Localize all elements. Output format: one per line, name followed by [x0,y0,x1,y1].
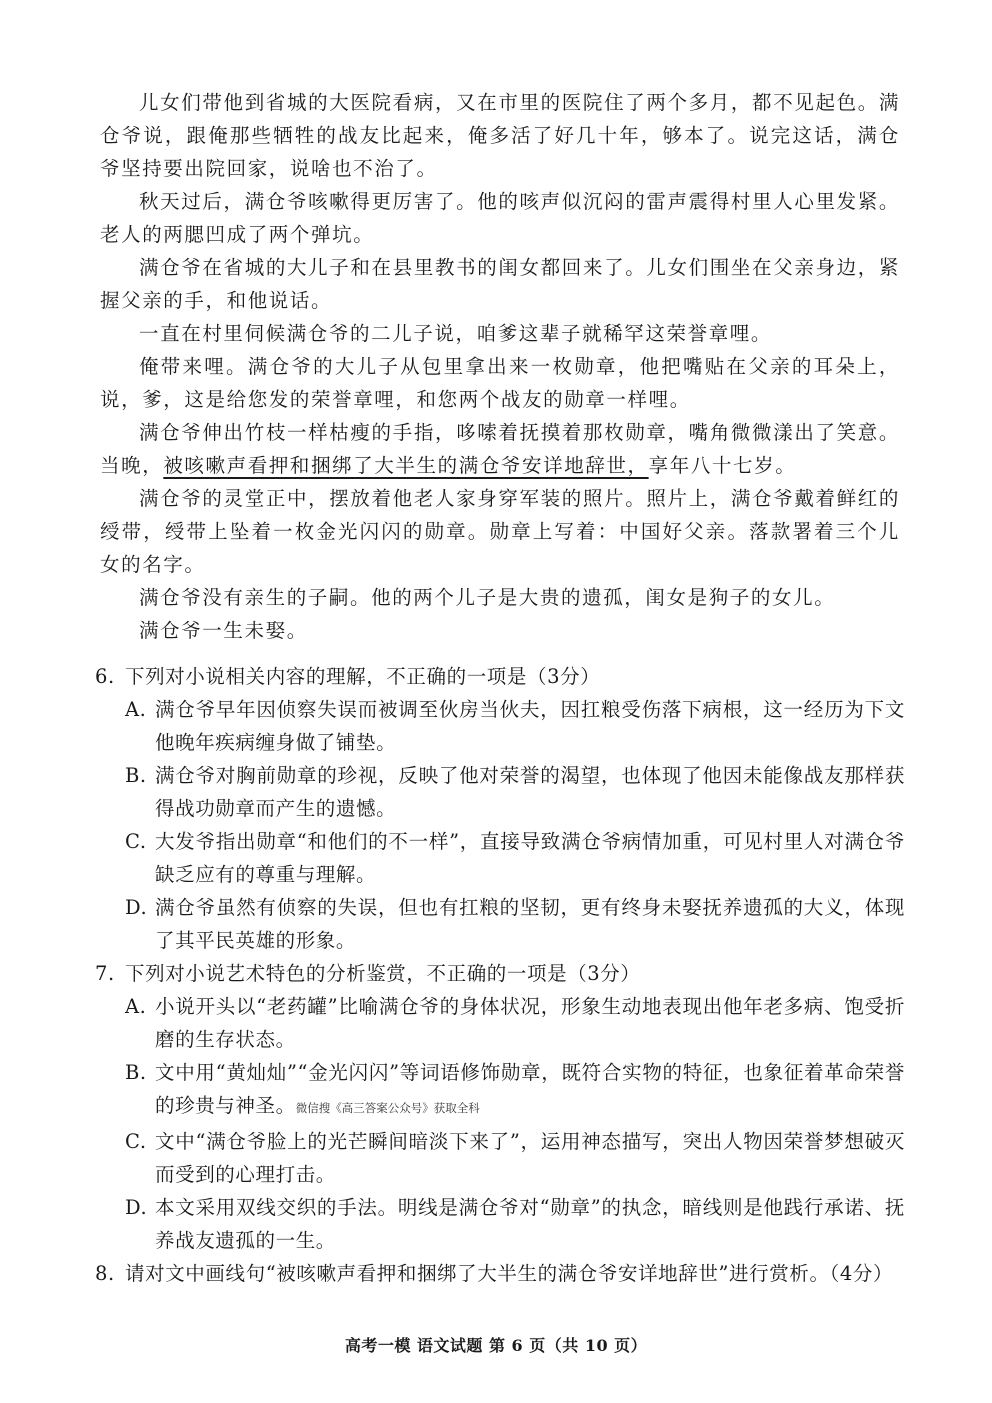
question-text: 下列对小说相关内容的理解，不正确的一项是（3分） [125,660,905,693]
option-letter: D. [125,891,155,957]
question-number: 7. [95,957,125,990]
passage-paragraph: 儿女们带他到省城的大医院看病，又在市里的医院住了两个多月，都不见起色。满仓爷说，… [100,86,900,185]
option-text: 满仓爷对胸前勋章的珍视，反映了他对荣誉的渴望，也体现了他因未能像战友那样获得战功… [155,759,905,825]
option-letter: A. [125,990,155,1056]
option-letter: B. [125,759,155,825]
passage-paragraph: 俺带来哩。满仓爷的大儿子从包里拿出来一枚勋章，他把嘴贴在父亲的耳朵上，说，爹，这… [100,350,900,416]
question-stem: 6. 下列对小说相关内容的理解，不正确的一项是（3分） [95,660,905,693]
option-text: 文中“满仓爷脸上的光芒瞬间暗淡下来了”，运用神态描写，突出人物因荣誉梦想破灭而受… [155,1125,905,1191]
question-number: 6. [95,660,125,693]
option-b: B. 满仓爷对胸前勋章的珍视，反映了他对荣誉的渴望，也体现了他因未能像战友那样获… [95,759,905,825]
option-letter: C. [125,825,155,891]
option-b-text: 文中用“黄灿灿”“金光闪闪”等词语修饰勋章，既符合实物的特征，也象征着革命荣誉的… [155,1061,905,1117]
option-d: D. 满仓爷虽然有侦察的失误，但也有扛粮的坚韧，更有终身未娶抚养遗孤的大义，体现… [95,891,905,957]
passage-paragraph: 满仓爷的灵堂正中，摆放着他老人家身穿军装的照片。照片上，满仓爷戴着鲜红的绶带，绶… [100,482,900,581]
option-text: 小说开头以“老药罐”比喻满仓爷的身体状况，形象生动地表现出他年老多病、饱受折磨的… [155,990,905,1056]
question-list: 6. 下列对小说相关内容的理解，不正确的一项是（3分） A. 满仓爷早年因侦察失… [95,660,905,1290]
page-footer: 高考一模 语文试题 第 6 页（共 10 页） [0,1333,992,1356]
option-c: C. 大发爷指出勋章“和他们的不一样”，直接导致满仓爷病情加重，可见村里人对满仓… [95,825,905,891]
option-text: 满仓爷早年因侦察失误而被调至伙房当伙夫，因扛粮受伤落下病根，这一经历为下文他晚年… [155,693,905,759]
question-stem: 7. 下列对小说艺术特色的分析鉴赏，不正确的一项是（3分） [95,957,905,990]
exam-page: 儿女们带他到省城的大医院看病，又在市里的医院住了两个多月，都不见起色。满仓爷说，… [0,0,992,1403]
option-c: C. 文中“满仓爷脸上的光芒瞬间暗淡下来了”，运用神态描写，突出人物因荣誉梦想破… [95,1125,905,1191]
option-text: 大发爷指出勋章“和他们的不一样”，直接导致满仓爷病情加重，可见村里人对满仓爷缺乏… [155,825,905,891]
question-6: 6. 下列对小说相关内容的理解，不正确的一项是（3分） A. 满仓爷早年因侦察失… [95,660,905,957]
question-text: 请对文中画线句“被咳嗽声看押和捆绑了大半生的满仓爷安详地辞世”进行赏析。（4分） [125,1257,905,1290]
option-b: B. 文中用“黄灿灿”“金光闪闪”等词语修饰勋章，既符合实物的特征，也象征着革命… [95,1056,905,1125]
question-text: 下列对小说艺术特色的分析鉴赏，不正确的一项是（3分） [125,957,905,990]
option-letter: D. [125,1191,155,1257]
passage-paragraph: 秋天过后，满仓爷咳嗽得更厉害了。他的咳声似沉闷的雷声震得村里人心里发紧。老人的两… [100,185,900,251]
watermark-text: 微信搜《高三答案公众号》获取全科 [296,1101,480,1115]
option-d: D. 本文采用双线交织的手法。明线是满仓爷对“勋章”的执念，暗线则是他践行承诺、… [95,1191,905,1257]
passage-paragraph: 满仓爷没有亲生的子嗣。他的两个儿子是大贵的遗孤，闺女是狗子的女儿。 [100,581,900,614]
option-text: 满仓爷虽然有侦察的失误，但也有扛粮的坚韧，更有终身未娶抚养遗孤的大义，体现了其平… [155,891,905,957]
underlined-sentence: 被咳嗽声看押和捆绑了大半生的满仓爷安详地辞世， [163,454,648,477]
passage-paragraph: 满仓爷在省城的大儿子和在县里教书的闺女都回来了。儿女们围坐在父亲身边，紧握父亲的… [100,251,900,317]
paragraph-text-after: 享年八十七岁。 [649,454,797,477]
question-8: 8. 请对文中画线句“被咳嗽声看押和捆绑了大半生的满仓爷安详地辞世”进行赏析。（… [95,1257,905,1290]
question-7: 7. 下列对小说艺术特色的分析鉴赏，不正确的一项是（3分） A. 小说开头以“老… [95,957,905,1257]
option-letter: B. [125,1056,155,1125]
option-a: A. 满仓爷早年因侦察失误而被调至伙房当伙夫，因扛粮受伤落下病根，这一经历为下文… [95,693,905,759]
option-letter: A. [125,693,155,759]
question-stem: 8. 请对文中画线句“被咳嗽声看押和捆绑了大半生的满仓爷安详地辞世”进行赏析。（… [95,1257,905,1290]
question-number: 8. [95,1257,125,1290]
reading-passage: 儿女们带他到省城的大医院看病，又在市里的医院住了两个多月，都不见起色。满仓爷说，… [100,86,900,647]
option-a: A. 小说开头以“老药罐”比喻满仓爷的身体状况，形象生动地表现出他年老多病、饱受… [95,990,905,1056]
passage-paragraph: 一直在村里伺候满仓爷的二儿子说，咱爹这辈子就稀罕这荣誉章哩。 [100,317,900,350]
option-text: 文中用“黄灿灿”“金光闪闪”等词语修饰勋章，既符合实物的特征，也象征着革命荣誉的… [155,1056,905,1125]
option-text: 本文采用双线交织的手法。明线是满仓爷对“勋章”的执念，暗线则是他践行承诺、抚养战… [155,1191,905,1257]
option-letter: C. [125,1125,155,1191]
passage-paragraph-underlined: 满仓爷伸出竹枝一样枯瘦的手指，哆嗦着抚摸着那枚勋章，嘴角微微漾出了笑意。当晚，被… [100,416,900,482]
passage-paragraph: 满仓爷一生未娶。 [100,614,900,647]
